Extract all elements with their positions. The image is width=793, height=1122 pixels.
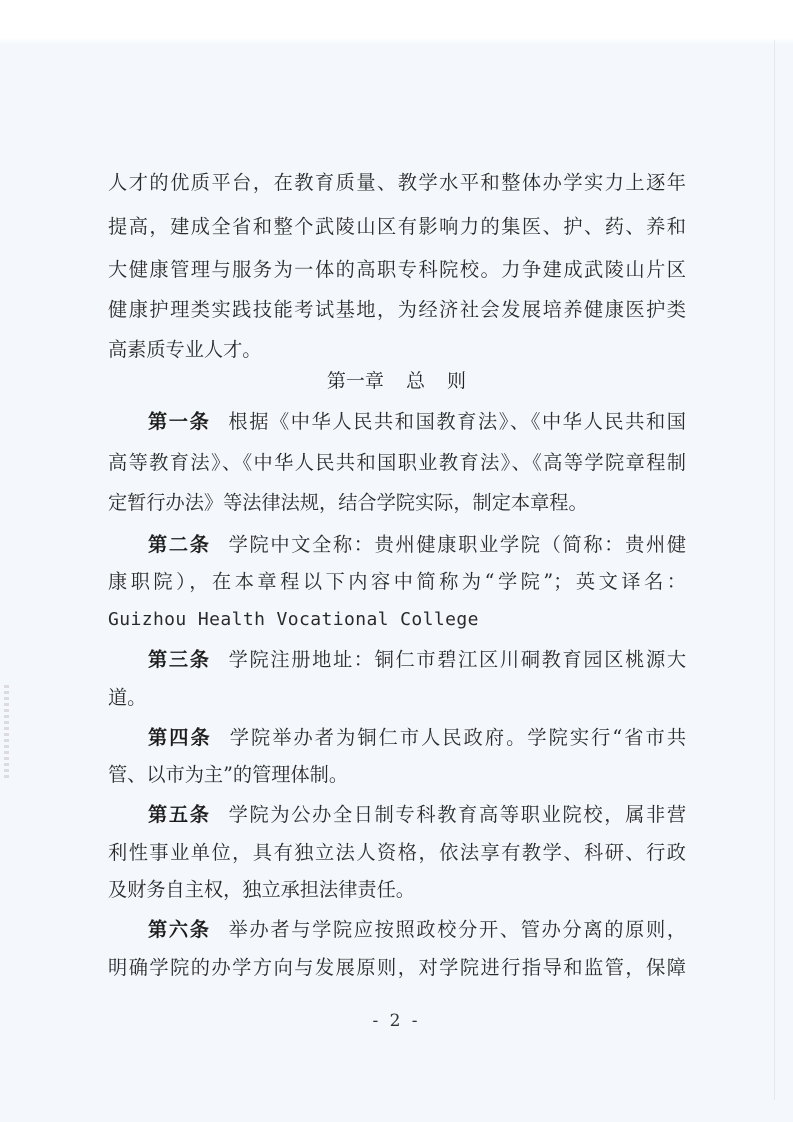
article-label: 第六条 <box>148 918 211 941</box>
article-label: 第三条 <box>148 648 211 671</box>
article-2-line-3: Guizhou Health Vocational College <box>108 608 686 632</box>
article-6-line-1: 第六条举办者与学院应按照政校分开、管办分离的原则， <box>148 918 686 942</box>
article-4-line-1: 第四条学院举办者为铜仁市人民政府。学院实行“省市共 <box>148 726 686 750</box>
scan-edge-mark <box>4 685 9 780</box>
chapter-number: 第一章 <box>327 370 384 392</box>
article-text: 学院举办者为铜仁市人民政府。学院实行“省市共 <box>230 726 686 749</box>
article-text: 根据《中华人民共和国教育法》、《中华人民共和国 <box>228 410 686 433</box>
article-3-line-2: 道。 <box>108 686 686 710</box>
article-1-line-2: 高等教育法》、《中华人民共和国职业教育法》、《高等学院章程制 <box>108 451 686 475</box>
article-1-line-1: 第一条根据《中华人民共和国教育法》、《中华人民共和国 <box>148 410 686 434</box>
article-1-line-3: 定暂行办法》等法律法规，结合学院实际，制定本章程。 <box>108 491 686 515</box>
scan-page-edge <box>774 40 775 1100</box>
article-6-line-2: 明确学院的办学方向与发展原则，对学院进行指导和监管，保障 <box>108 956 686 980</box>
article-label: 第五条 <box>148 803 211 826</box>
article-4-line-2: 管、以市为主”的管理体制。 <box>108 763 686 787</box>
article-5-line-3: 及财务自主权，独立承担法律责任。 <box>108 878 686 902</box>
article-2-line-1: 第二条学院中文全称：贵州健康职业学院（简称：贵州健 <box>148 533 686 557</box>
chapter-title-word-2: 则 <box>447 370 466 392</box>
article-5-line-1: 第五条学院为公办全日制专科教育高等职业院校，属非营 <box>148 803 686 827</box>
article-label: 第四条 <box>148 726 212 749</box>
chapter-title-word-1: 总 <box>406 370 425 392</box>
intro-line-4: 健康护理类实践技能考试基地，为经济社会发展培养健康医护类 <box>108 298 686 322</box>
page-number: - 2 - <box>0 1010 793 1032</box>
article-text: 学院为公办全日制专科教育高等职业院校，属非营 <box>229 803 686 826</box>
article-2-line-2: 康职院），在本章程以下内容中简称为“学院”；英文译名： <box>108 570 686 594</box>
intro-line-3: 大健康管理与服务为一体的高职专科院校。力争建成武陵山片区 <box>108 258 686 282</box>
intro-line-2: 提高，建成全省和整个武陵山区有影响力的集医、护、药、养和 <box>108 215 686 239</box>
intro-line-5: 高素质专业人才。 <box>108 338 686 362</box>
article-text: 学院注册地址：铜仁市碧江区川硐教育园区桃源大 <box>229 648 686 671</box>
article-label: 第二条 <box>148 533 211 556</box>
article-label: 第一条 <box>148 410 210 433</box>
intro-line-1: 人才的优质平台，在教育质量、教学水平和整体办学实力上逐年 <box>108 171 686 195</box>
chapter-heading: 第一章 总 则 <box>0 369 793 393</box>
document-page: 人才的优质平台，在教育质量、教学水平和整体办学实力上逐年 提高，建成全省和整个武… <box>0 0 793 1122</box>
article-text: 学院中文全称：贵州健康职业学院（简称：贵州健 <box>229 533 686 556</box>
article-5-line-2: 利性事业单位，具有独立法人资格，依法享有教学、科研、行政 <box>108 841 686 865</box>
article-3-line-1: 第三条学院注册地址：铜仁市碧江区川硐教育园区桃源大 <box>148 648 686 672</box>
article-text: 举办者与学院应按照政校分开、管办分离的原则， <box>229 918 686 941</box>
